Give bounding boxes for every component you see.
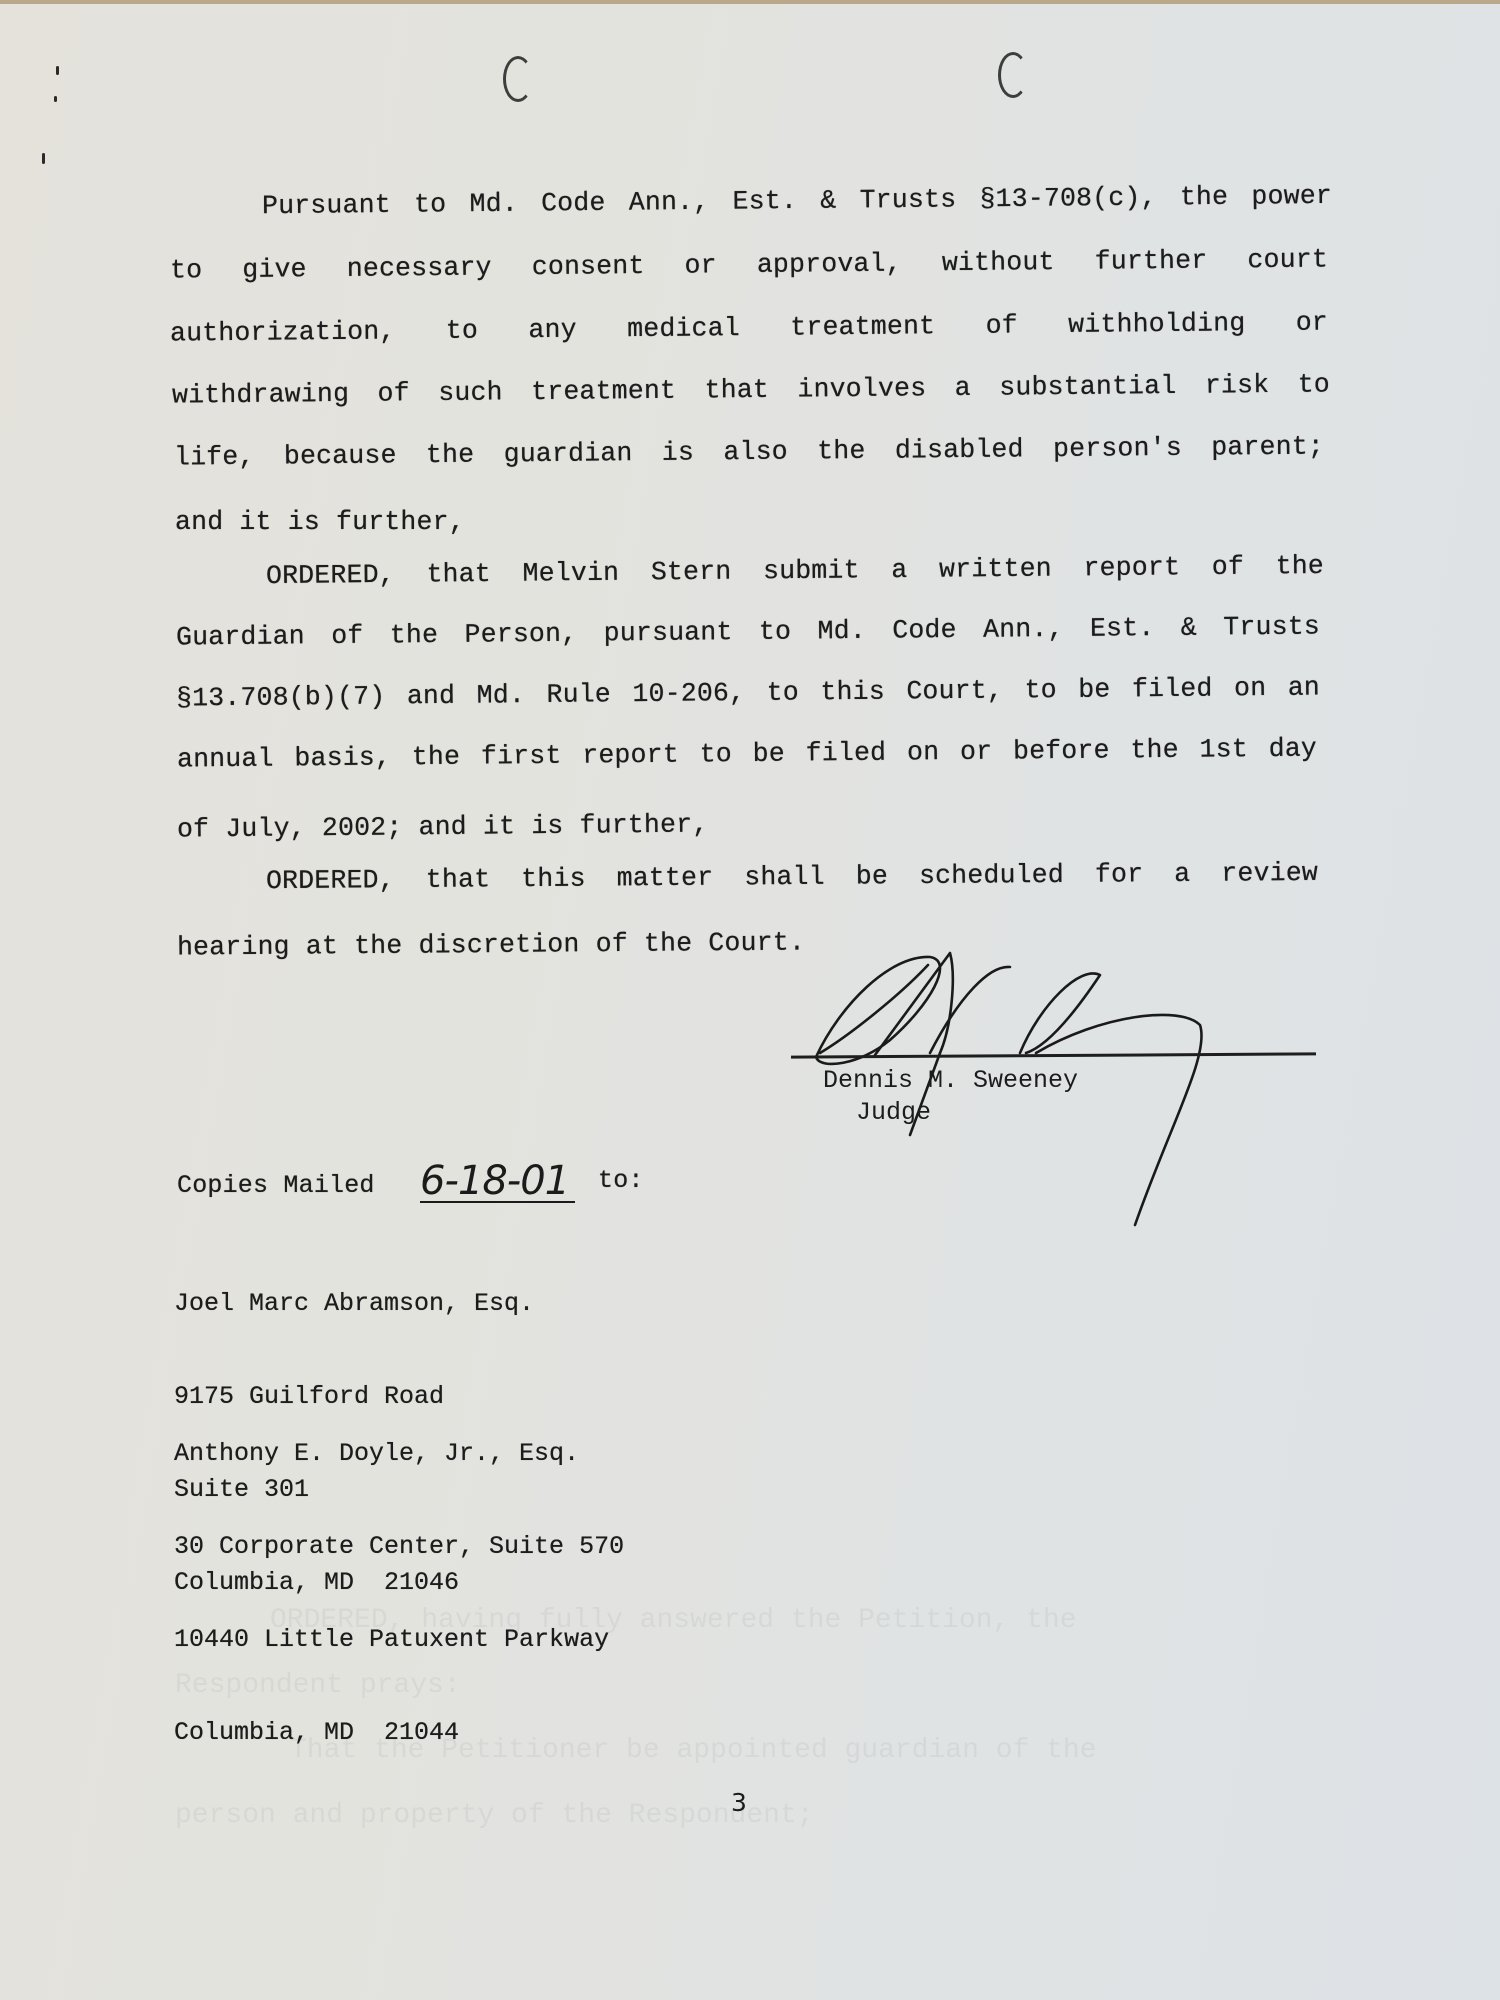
recipient-name: Joel Marc Abramson, Esq. bbox=[174, 1288, 534, 1319]
page-number: 3 bbox=[731, 1788, 747, 1817]
text-line: of July, 2002; and it is further, bbox=[177, 809, 709, 844]
copies-mailed-label: Copies Mailed bbox=[177, 1171, 375, 1200]
text-line: to give necessary consent or approval, w… bbox=[170, 244, 1328, 285]
date-underline bbox=[420, 1201, 575, 1203]
edge-mark bbox=[54, 96, 57, 102]
text-line: Guardian of the Person, pursuant to Md. … bbox=[176, 612, 1320, 653]
recipient-name: Anthony E. Doyle, Jr., Esq. bbox=[174, 1438, 624, 1469]
edge-mark bbox=[56, 66, 59, 75]
text-line: hearing at the discretion of the Court. bbox=[177, 928, 805, 963]
handwritten-mailing-date: 6-18-01 bbox=[420, 1158, 569, 1204]
recipient-city: Columbia, MD 21044 bbox=[174, 1717, 624, 1748]
recipient-street: 30 Corporate Center, Suite 570 bbox=[174, 1531, 624, 1562]
text-line: and it is further, bbox=[175, 507, 465, 537]
text-line: withdrawing of such treatment that invol… bbox=[172, 369, 1330, 410]
text-line: annual basis, the first report to be fil… bbox=[177, 734, 1317, 775]
judge-name: Dennis M. Sweeney bbox=[823, 1066, 1078, 1095]
punch-hole-left bbox=[503, 56, 533, 102]
text-line: life, because the guardian is also the d… bbox=[174, 431, 1324, 472]
recipient-address-2: Anthony E. Doyle, Jr., Esq. 30 Corporate… bbox=[174, 1376, 624, 1779]
page-top-edge bbox=[0, 0, 1500, 4]
text-line: Pursuant to Md. Code Ann., Est. & Trusts… bbox=[262, 181, 1332, 221]
text-line: authorization, to any medical treatment … bbox=[170, 307, 1328, 348]
text-line: ORDERED, that this matter shall be sched… bbox=[266, 858, 1318, 896]
recipient-street-2: 10440 Little Patuxent Parkway bbox=[174, 1624, 624, 1655]
copies-mailed-to: to: bbox=[598, 1166, 644, 1195]
edge-mark bbox=[42, 153, 45, 164]
bleed-through-text: person and property of the Respondent; bbox=[175, 1800, 814, 1831]
text-line: ORDERED, that Melvin Stern submit a writ… bbox=[266, 551, 1324, 591]
punch-hole-right bbox=[998, 52, 1028, 98]
judge-title: Judge bbox=[856, 1098, 931, 1127]
text-line: §13.708(b)(7) and Md. Rule 10-206, to th… bbox=[176, 673, 1320, 714]
